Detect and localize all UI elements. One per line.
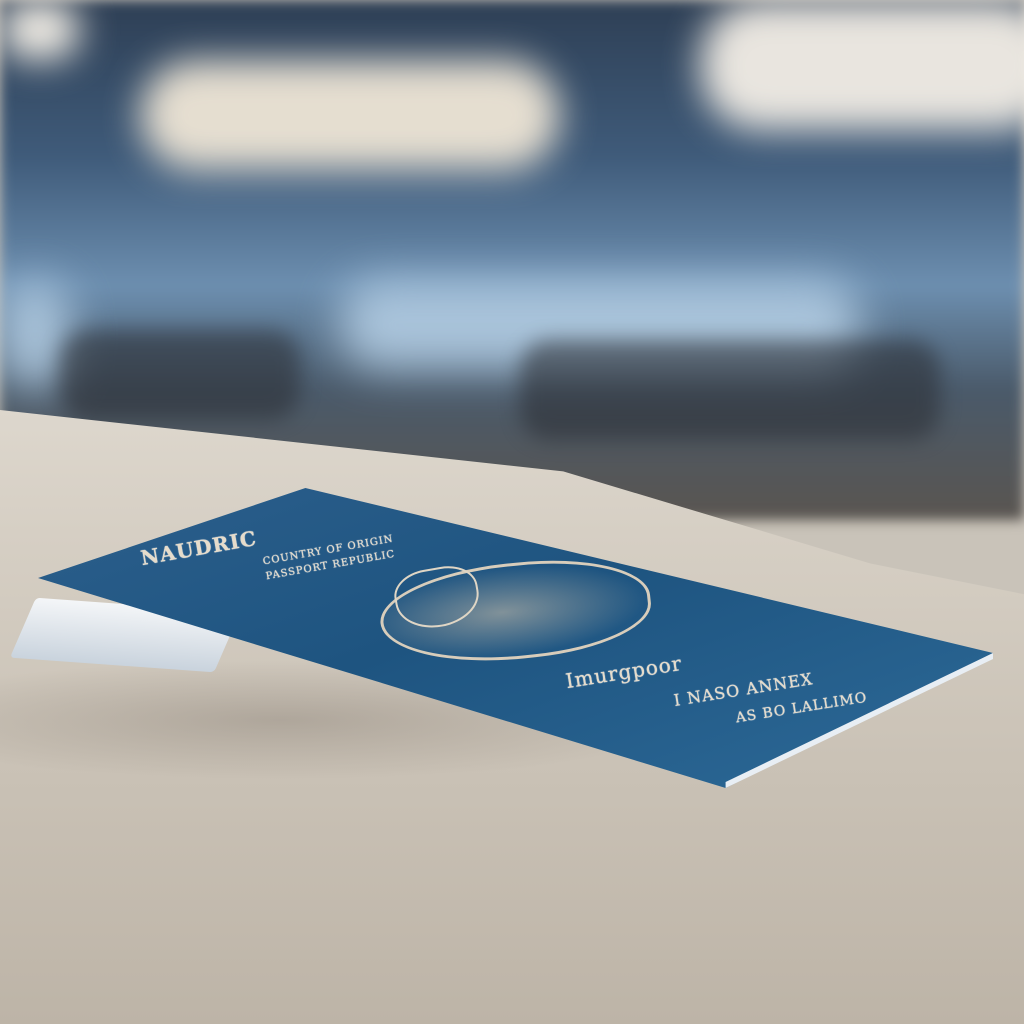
photo-scene: NAUDRIC COUNTRY OF ORIGIN PASSPORT REPUB… [0, 0, 1024, 1024]
ceiling-light [700, 0, 1024, 130]
blurred-people [520, 340, 940, 440]
ceiling-light [140, 60, 560, 170]
ceiling-light [0, 0, 80, 60]
blurred-people [60, 330, 300, 420]
